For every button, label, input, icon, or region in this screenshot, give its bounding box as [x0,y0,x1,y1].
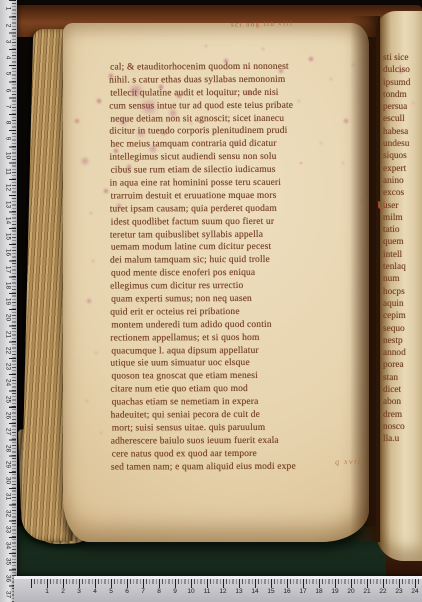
rubric-initial-letter: U [377,198,386,213]
manuscript-text-line: dicet [383,384,422,396]
manuscript-text-line: num [383,273,422,285]
left-ruler-number: 8 [5,117,12,129]
manuscript-text-line: nestp [383,335,422,347]
manuscript-text-line: habesa [383,126,422,138]
manuscript-text-line: abon [383,396,422,408]
bottom-ruler-number: 20 [346,588,356,595]
manuscript-text-line: ellegimus cum dicitur res urrectio [110,280,370,294]
bottom-ruler-number: 15 [266,588,276,595]
left-ruler-number: 24 [5,377,12,389]
left-ruler-number: 4 [5,52,12,64]
left-ruler-number: 22 [5,344,12,356]
left-ruler-number: 9 [5,133,12,145]
bottom-ruler-number: 5 [106,588,116,595]
bottom-ruler-number: 12 [218,588,228,595]
manuscript-text-line: turet ipsam causam; quia perderet quodam [110,202,370,216]
manuscript-text-line: dei malum tamquam sic; huic quid trolle [110,254,370,268]
bottom-ruler-number: 24 [410,588,420,595]
bottom-ruler-number: 22 [378,588,388,595]
manuscript-text-line: cal; & etauditorhocenim quodom ni nonone… [110,60,370,74]
manuscript-text-line: intellegimus sicut audiendi sensu non so… [109,151,369,165]
left-ruler-number: 30 [5,475,12,487]
manuscript-text-line: stan [383,372,422,384]
manuscript-text-line: uemam modum latine cum dicitur pecest [111,241,371,255]
manuscript-text-line: excos [383,187,422,199]
left-ruler-number: 5 [5,68,12,80]
manuscript-text-line: undesu [383,138,422,150]
manuscript-text-line: ipsumd [383,77,422,89]
manuscript-text-line: lla.u [383,433,422,445]
manuscript-text-line: anino [383,175,422,187]
manuscript-text-line: cepim [383,310,422,322]
manuscript-text-line: aquin [383,298,422,310]
left-ruler-number: 2 [5,19,12,31]
left-ruler-number: 16 [5,247,12,259]
quire-signature: q xvii [335,457,362,467]
bottom-ruler: 123456789101112131415161718192021222324 [14,576,422,602]
manuscript-text-line: annod [383,347,422,359]
left-ruler-number: 10 [5,149,12,161]
manuscript-text-line: persua [383,101,422,113]
left-ruler-number: 13 [5,198,12,210]
manuscript-text-line: trarruim destuit et eruuatione mquae mor… [111,189,371,203]
bottom-ruler-number: 11 [202,588,212,595]
left-ruler-number: 11 [5,165,12,177]
manuscript-text-line: porea [383,359,422,371]
manuscript-text-line: quid erit er octeius rei pribatione [110,305,370,319]
manuscript-text-line: sti sice [383,52,422,64]
left-ruler-number: 29 [5,458,12,470]
manuscript-text-line: tatio [383,224,422,236]
manuscript-text-line: tondm [383,89,422,101]
bottom-ruler-number: 6 [122,588,132,595]
manuscript-text-line: rectionem appellamus; et si quos hom [110,331,370,345]
left-ruler-number: 17 [5,263,12,275]
bottom-ruler-number: 14 [250,588,260,595]
left-ruler-number: 28 [5,442,12,454]
left-ruler-number: 18 [5,279,12,291]
left-ruler-number: 1 [5,3,12,15]
manuscript-text-line: quam experti sumus; non neq uasen [111,292,371,306]
manuscript-text-line: teretur tam quibuslibet syllabis appella [110,228,370,242]
manuscript-text-line: user [383,200,422,212]
manuscript-text-line: dicitur in tuendo corporis plenitudinem … [109,125,369,139]
bottom-ruler-number: 8 [154,588,164,595]
manuscript-text-line: tenlaq [383,261,422,273]
bottom-ruler-number: 9 [170,588,180,595]
manuscript-text-line: cere natus quod ex quod aar tempore [112,447,372,461]
left-ruler: 1234567891011121314151617181920212223242… [0,0,17,602]
bottom-ruler-number: 7 [138,588,148,595]
manuscript-text-line: quachas etiam se nemetiam in expera [112,396,372,410]
left-ruler-number: 20 [5,312,12,324]
left-ruler-number: 32 [5,507,12,519]
left-ruler-number: 21 [5,328,12,340]
left-ruler-number: 26 [5,410,12,422]
left-ruler-number: 27 [5,426,12,438]
left-ruler-number: 31 [5,491,12,503]
bottom-ruler-number: 19 [330,588,340,595]
bottom-ruler-number: 3 [74,588,84,595]
manuscript-text-line: quacumque l. aqua dipsum appellatur [111,344,371,358]
manuscript-text-line: cibus sue rum etiam de silectio iudicamu… [111,164,371,178]
left-ruler-number: 36 [5,572,12,584]
manuscript-text-line: intell [383,249,422,261]
manuscript-text-line: citare num etie quo etiam quo mod [110,383,370,397]
manuscript-text-line: nosco [383,421,422,433]
bottom-ruler-number: 10 [186,588,196,595]
manuscript-text-line: quem [383,236,422,248]
manuscript-text-line: siquos [383,150,422,162]
bottom-ruler-number: 17 [298,588,308,595]
manuscript-text-line: milm [383,212,422,224]
manuscript-text-line: hec meius tamquam contraria quid dicatur [110,138,370,152]
manuscript-text-line: sequo [383,323,422,335]
left-ruler-number: 23 [5,361,12,373]
manuscript-text-line: escull [383,113,422,125]
manuscript-text-line: neque detiam non sit agnoscit; sicet ina… [110,112,370,126]
manuscript-text-line: adherescere baiulo suos ieuum fuerit exa… [111,434,371,448]
manuscript-text-line: quoson tea gnoscat que etiam menesi [111,370,371,384]
bottom-ruler-number: 4 [90,588,100,595]
left-ruler-number: 37 [5,588,12,600]
bottom-ruler-number: 18 [314,588,324,595]
left-ruler-number: 12 [5,182,12,194]
left-page-text-block: cal; & etauditorhocenim quodom ni nonone… [109,60,371,481]
left-ruler-number: 25 [5,393,12,405]
manuscript-text-line: mort; suisi sensus uitae. quis paruulum [112,421,372,435]
manuscript-text-line: cum sensus intue tur ad quod este teius … [109,99,369,113]
left-ruler-number: 6 [5,84,12,96]
manuscript-text-line: expert [383,163,422,175]
left-ruler-number: 34 [5,540,12,552]
left-ruler-number: 3 [5,35,12,47]
left-ruler-number: 35 [5,556,12,568]
bottom-ruler-number: 21 [362,588,372,595]
left-ruler-number: 33 [5,523,12,535]
bottom-ruler-number: 23 [394,588,404,595]
left-ruler-number: 15 [5,231,12,243]
manuscript-text-line: idest quodlibet factum suum quo fieret u… [111,215,371,229]
bottom-ruler-number: 2 [58,588,68,595]
left-ruler-number: 19 [5,296,12,308]
manuscript-text-line: hocps [383,286,422,298]
manuscript-text-line: hadeuitet; qui seniai pecora de cuit de [111,408,371,422]
bottom-ruler-number: 16 [282,588,292,595]
left-ruler-number: 14 [5,214,12,226]
manuscript-photo: sci aug lib viii cal; & etauditorhocenim… [0,0,422,602]
manuscript-text-line: in aqua eine rat hominini posse teru sca… [110,176,370,190]
bottom-ruler-cm-ticks [31,579,419,588]
manuscript-text-line: tellecit qulatine audit et loquitur; und… [110,86,370,100]
left-ruler-number: 7 [5,100,12,112]
manuscript-text-line: dulciso [383,64,422,76]
bottom-ruler-number: 1 [42,588,52,595]
bottom-ruler-number: 13 [234,588,244,595]
manuscript-text-line: drem [383,409,422,421]
manuscript-text-line: utique sie uum simuatur uoc elsque [110,357,370,371]
right-page-text-fragment: sti sicedulcisoipsumdtondmpersuaescullha… [383,52,422,446]
running-header: sci aug lib viii [231,19,293,28]
manuscript-text-line: sed tamen nam; e quam aliquid eius modi … [111,460,371,474]
manuscript-text-line: quod mente disce enoferi pos eniqua [111,267,371,281]
manuscript-text-line: nihil. s catur ethas duas syllabas nemon… [109,73,369,87]
manuscript-text-line: montem underedi tum adido quod contin [111,318,371,332]
